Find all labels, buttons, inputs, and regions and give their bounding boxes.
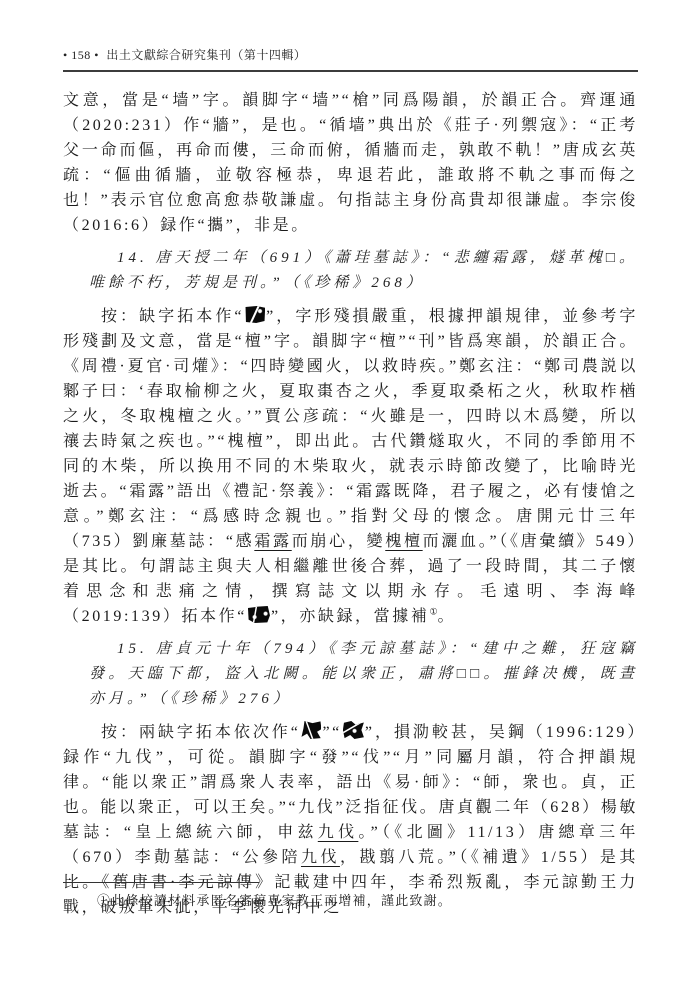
quoted-epitaph-entry: 14. 唐天授二年（691）《蕭珪墓誌》：“悲纏霜露，燧革槐□。唯餘不朽，芳規是… [89,246,638,296]
journal-title: 出土文獻綜合研究集刊（第十四輯） [106,48,306,62]
underlined-term: 霜露 [254,533,291,550]
text-run: ”，字形殘損嚴重，根據押韻規律，並參考字形殘劃及文意，當是“檀”字。韻脚字“檀”… [63,308,638,550]
quoted-epitaph-entry: 15. 唐貞元十年（794）《李元諒墓誌》：“建中之難，狂寇竊發。天臨下都，盜入… [89,637,638,712]
text-run: ”，亦缺録，當據補 [271,608,430,625]
rubbing-image [343,721,364,739]
text-run: ”“ [322,724,341,741]
rubbing-image [248,606,270,623]
running-header: • 158 • 出土文獻綜合研究集刊（第十四輯） [63,46,638,72]
text-run: 文意，當是“墙”字。韻脚字“墙”“槍”同爲陽韻，於韻正合。齊運通（2020:23… [63,92,638,234]
commentary-paragraph: 按：缺字拓本作“”，字形殘損嚴重，根據押韻規律，並參考字形殘劃及文意，當是“檀”… [63,304,638,629]
journal-page: • 158 • 出土文獻綜合研究集刊（第十四輯） 文意，當是“墙”字。韻脚字“墙… [0,0,700,983]
commentary-paragraph: 文意，當是“墙”字。韻脚字“墙”“槍”同爲陽韻，於韻正合。齊運通（2020:23… [63,88,638,238]
rubbing-image [245,306,265,323]
underlined-term: 九伐 [301,849,340,866]
rubbing-image [301,721,321,739]
footnote-area: ①此條校讀材料承匿名審稿專家教正而增補，謹此致謝。 [63,882,638,910]
text-run: 按：缺字拓本作“ [101,308,244,325]
text-run: 按：兩缺字拓本依次作“ [101,724,300,741]
footnote-divider [63,882,259,883]
text-run: 而崩心，變 [292,533,386,550]
underlined-term: 九伐 [318,824,359,841]
underlined-term: 槐檀 [385,533,422,550]
page-number: • 158 • [63,48,99,62]
text-run: 14. 唐天授二年（691）《蕭珪墓誌》：“悲纏霜露，燧革槐□。唯餘不朽，芳規是… [89,250,638,291]
text-run: 15. 唐貞元十年（794）《李元諒墓誌》：“建中之難，狂寇竊發。天臨下都，盜入… [89,641,638,707]
page-body: 文意，當是“墙”字。韻脚字“墙”“槍”同爲陽韻，於韻正合。齊運通（2020:23… [63,88,638,920]
footnote-text: ①此條校讀材料承匿名審稿專家教正而增補，謹此致謝。 [63,892,638,910]
text-run: 。 [438,608,457,625]
footnote-reference: ① [429,607,437,617]
